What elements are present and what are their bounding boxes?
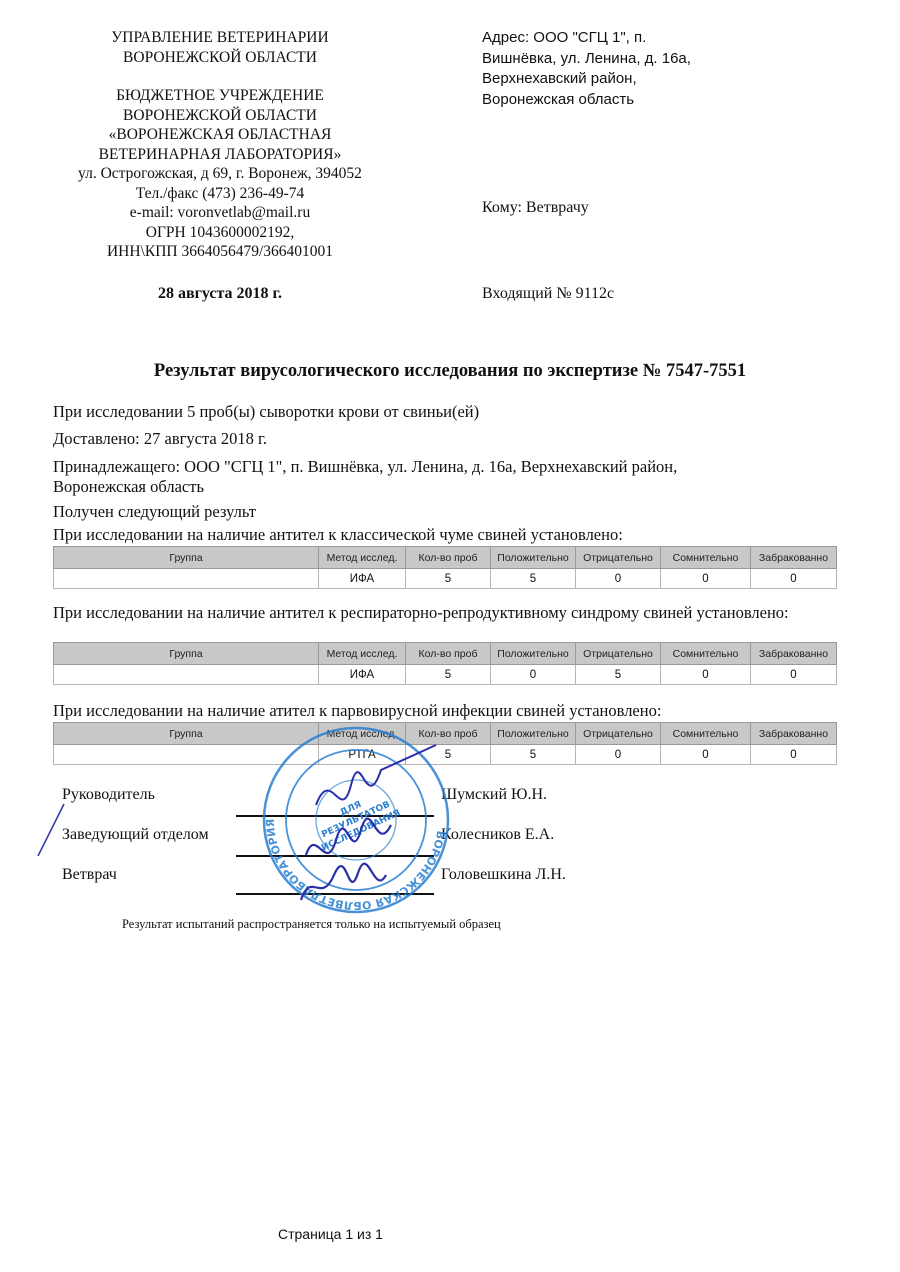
cell-count: 5: [406, 745, 491, 765]
signature-name: Головешкина Л.Н.: [441, 866, 566, 884]
org-line: ВОРОНЕЖСКОЙ ОБЛАСТИ: [40, 106, 400, 126]
org-line: «ВОРОНЕЖСКАЯ ОБЛАСТНАЯ: [40, 125, 400, 145]
cell-doubtful: 0: [661, 745, 751, 765]
section-caption: При исследовании на наличие антител к кл…: [53, 525, 843, 545]
cell-method: ИФА: [319, 665, 406, 685]
signature-role: Руководитель: [62, 786, 155, 804]
samples-text: При исследовании 5 проб(ы) сыворотки кро…: [53, 402, 843, 422]
cell-positive: 5: [491, 745, 576, 765]
document-title: Результат вирусологического исследования…: [0, 361, 900, 382]
col-group: Группа: [54, 723, 319, 745]
cell-count: 5: [406, 665, 491, 685]
address-line: Верхнехавский район,: [482, 69, 782, 90]
signature-line: [236, 815, 434, 817]
col-negative: Отрицательно: [576, 547, 661, 569]
signature-line: [236, 893, 434, 895]
col-negative: Отрицательно: [576, 723, 661, 745]
col-group: Группа: [54, 643, 319, 665]
cell-positive: 0: [491, 665, 576, 685]
issuer-line: УПРАВЛЕНИЕ ВЕТЕРИНАРИИ: [40, 28, 400, 48]
col-doubtful: Сомнительно: [661, 547, 751, 569]
signature-name: Колесников Е.А.: [441, 826, 554, 844]
col-rejected: Забракованно: [751, 643, 837, 665]
signature-role: Заведующий отделом: [62, 826, 209, 844]
recipient-address: Адрес: ООО "СГЦ 1", п. Вишнёвка, ул. Лен…: [482, 28, 782, 110]
section-caption: При исследовании на наличие антител к ре…: [53, 603, 793, 623]
results-table-csf: Группа Метод исслед. Кол-во проб Положит…: [53, 546, 837, 589]
table-row: ИФА 5 5 0 0 0: [54, 569, 837, 589]
results-table-parvo: Группа Метод исслед. Кол-во проб Положит…: [53, 722, 837, 765]
col-count: Кол-во проб: [406, 723, 491, 745]
delivered-text: Доставлено: 27 августа 2018 г.: [53, 429, 843, 449]
col-group: Группа: [54, 547, 319, 569]
col-rejected: Забракованно: [751, 547, 837, 569]
signature-name: Шумский Ю.Н.: [441, 786, 547, 804]
issuer-line: ВОРОНЕЖСКОЙ ОБЛАСТИ: [40, 48, 400, 68]
col-doubtful: Сомнительно: [661, 643, 751, 665]
disclaimer-note: Результат испытаний распространяется тол…: [122, 917, 501, 932]
cell-negative: 5: [576, 665, 661, 685]
col-count: Кол-во проб: [406, 643, 491, 665]
col-positive: Положительно: [491, 723, 576, 745]
col-negative: Отрицательно: [576, 643, 661, 665]
owner-line: Воронежская область: [53, 477, 843, 497]
cell-negative: 0: [576, 569, 661, 589]
cell-group: [54, 569, 319, 589]
recipient: Кому: Ветврачу: [482, 199, 589, 217]
col-method: Метод исслед.: [319, 547, 406, 569]
address-line: Воронежская область: [482, 90, 782, 111]
cell-rejected: 0: [751, 745, 837, 765]
org-line: ВЕТЕРИНАРНАЯ ЛАБОРАТОРИЯ»: [40, 145, 400, 165]
issuer-block: УПРАВЛЕНИЕ ВЕТЕРИНАРИИ ВОРОНЕЖСКОЙ ОБЛАС…: [40, 28, 400, 262]
cell-group: [54, 665, 319, 685]
table-row: ИФА 5 0 5 0 0: [54, 665, 837, 685]
col-positive: Положительно: [491, 547, 576, 569]
cell-negative: 0: [576, 745, 661, 765]
pen-mark-icon: [32, 800, 72, 860]
col-doubtful: Сомнительно: [661, 723, 751, 745]
signature-role: Ветврач: [62, 866, 117, 884]
table-header-row: Группа Метод исслед. Кол-во проб Положит…: [54, 723, 837, 745]
col-rejected: Забракованно: [751, 723, 837, 745]
table-header-row: Группа Метод исслед. Кол-во проб Положит…: [54, 547, 837, 569]
result-intro: Получен следующий результ: [53, 502, 843, 522]
cell-doubtful: 0: [661, 665, 751, 685]
cell-group: [54, 745, 319, 765]
table-header-row: Группа Метод исслед. Кол-во проб Положит…: [54, 643, 837, 665]
col-count: Кол-во проб: [406, 547, 491, 569]
col-method: Метод исслед.: [319, 643, 406, 665]
cell-rejected: 0: [751, 665, 837, 685]
section-caption: При исследовании на наличие атител к пар…: [53, 701, 843, 721]
cell-method: РТГА: [319, 745, 406, 765]
address-line: Адрес: ООО "СГЦ 1", п.: [482, 28, 782, 49]
org-address: ул. Острогожская, д 69, г. Воронеж, 3940…: [40, 164, 400, 184]
document-date: 28 августа 2018 г.: [40, 285, 400, 303]
results-table-prrs: Группа Метод исслед. Кол-во проб Положит…: [53, 642, 837, 685]
cell-count: 5: [406, 569, 491, 589]
signature-line: [236, 855, 434, 857]
org-email: e-mail: voronvetlab@mail.ru: [40, 203, 400, 223]
owner-text: Принадлежащего: ООО "СГЦ 1", п. Вишнёвка…: [53, 457, 843, 497]
cell-method: ИФА: [319, 569, 406, 589]
page-number: Страница 1 из 1: [278, 1226, 383, 1242]
org-ogrn: ОГРН 1043600002192,: [40, 223, 400, 243]
col-positive: Положительно: [491, 643, 576, 665]
org-line: БЮДЖЕТНОЕ УЧРЕЖДЕНИЕ: [40, 86, 400, 106]
cell-doubtful: 0: [661, 569, 751, 589]
svg-text:РЕЗУЛЬТАТОВ: РЕЗУЛЬТАТОВ: [320, 800, 392, 840]
col-method: Метод исслед.: [319, 723, 406, 745]
incoming-number: Входящий № 9112с: [482, 285, 614, 303]
table-row: РТГА 5 5 0 0 0: [54, 745, 837, 765]
cell-positive: 5: [491, 569, 576, 589]
org-phone: Тел./факс (473) 236-49-74: [40, 184, 400, 204]
org-inn: ИНН\КПП 3664056479/366401001: [40, 242, 400, 262]
cell-rejected: 0: [751, 569, 837, 589]
owner-line: Принадлежащего: ООО "СГЦ 1", п. Вишнёвка…: [53, 457, 843, 477]
address-line: Вишнёвка, ул. Ленина, д. 16а,: [482, 49, 782, 70]
